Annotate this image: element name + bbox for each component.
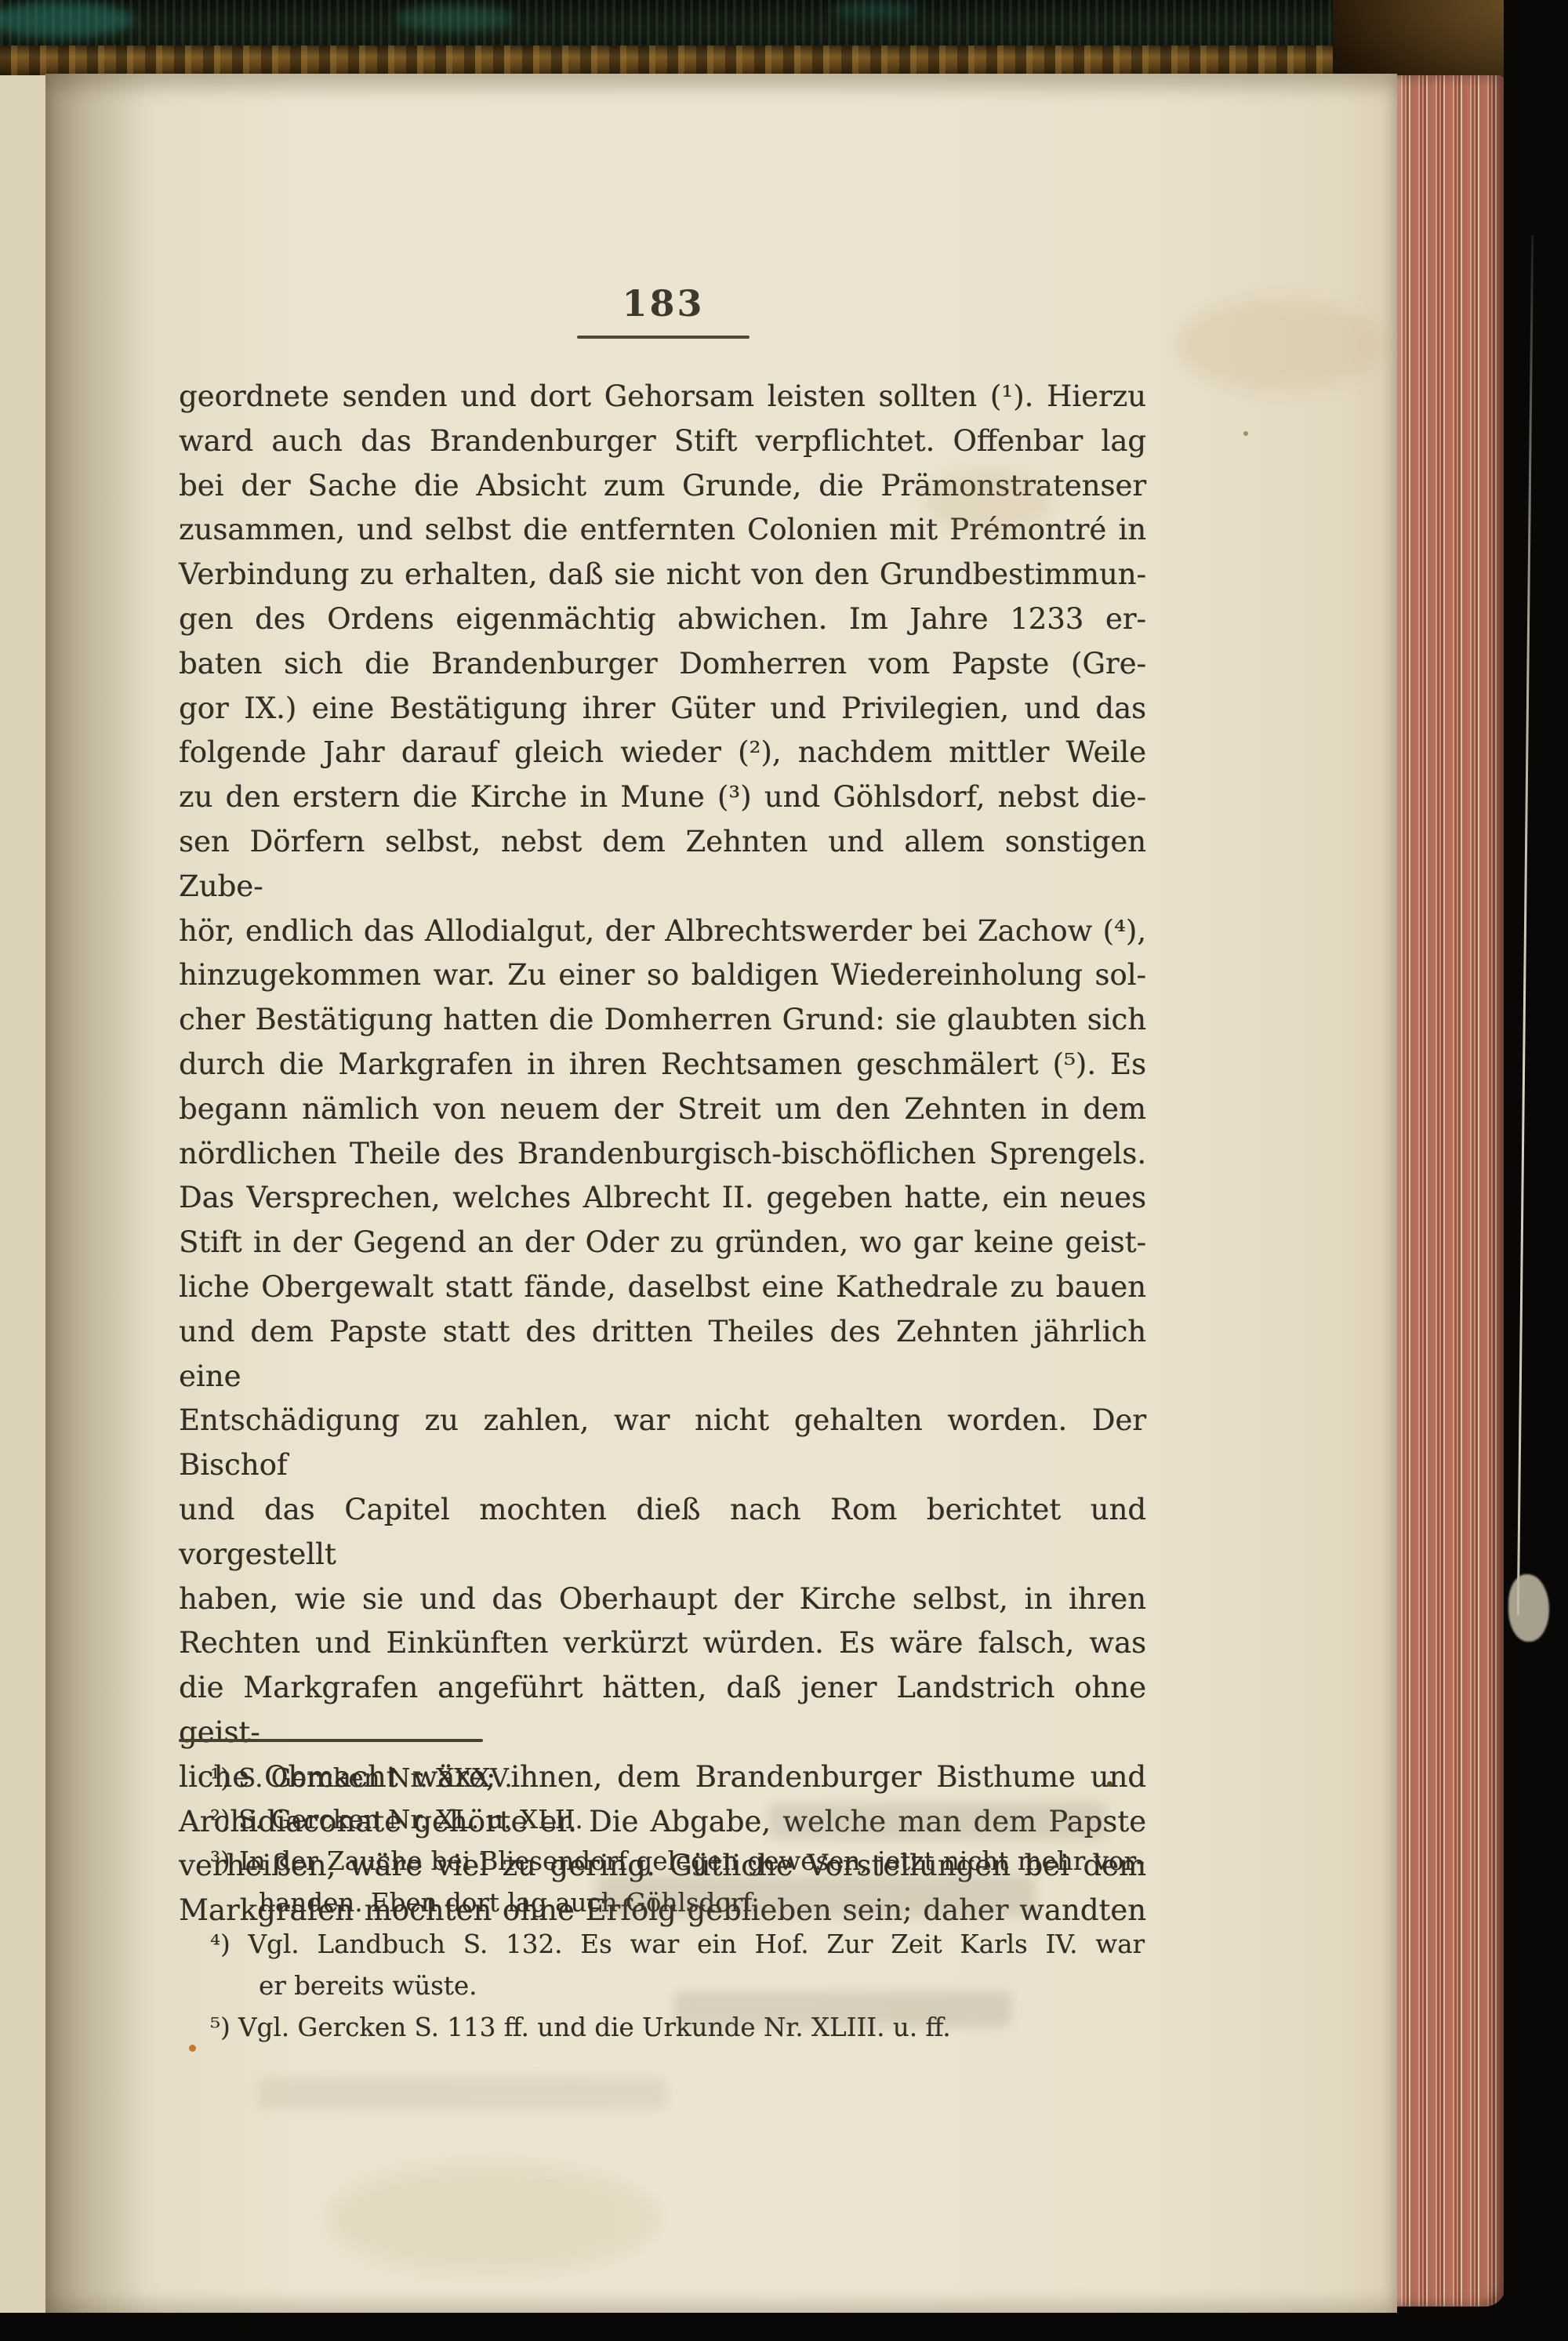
ink-speck	[1243, 431, 1248, 436]
text-line: begann nämlich von neuem der Streit um d…	[179, 1087, 1146, 1132]
paper-stain	[1176, 298, 1380, 392]
text-line: und das Capitel mochten dieß nach Rom be…	[179, 1488, 1146, 1577]
showthrough-ghost	[674, 1991, 1011, 2027]
teal-paint-mark	[396, 5, 514, 31]
text-line: ward auch das Brandenburger Stift verpfl…	[179, 419, 1146, 464]
footnote-separator-rule	[179, 1739, 483, 1742]
text-line: hör, endlich das Allodialgut, der Albrec…	[179, 909, 1146, 954]
text-line: Stift in der Gegend an der Oder zu gründ…	[179, 1221, 1146, 1265]
page-number: 183	[179, 282, 1148, 325]
text-line: gor IX.) eine Bestätigung ihrer Güter un…	[179, 687, 1146, 731]
text-line: geordnete senden und dort Gehorsam leist…	[179, 375, 1146, 419]
fore-edge-pages	[1397, 75, 1505, 2307]
showthrough-ghost	[259, 2078, 666, 2109]
page-number-rule	[577, 336, 750, 339]
text-line: sen Dörfern selbst, nebst dem Zehnten un…	[179, 820, 1146, 909]
text-line: Rechten und Einkünften verkürzt würden. …	[179, 1621, 1146, 1666]
text-line: liche Obergewalt statt fände, daselbst e…	[179, 1265, 1146, 1310]
showthrough-ghost	[768, 1803, 1105, 1839]
text-line: Verbindung zu erhalten, daß sie nicht vo…	[179, 553, 1146, 597]
text-line: cher Bestätigung hatten die Domherren Gr…	[179, 998, 1146, 1043]
text-line: zu den erstern die Kirche in Mune (³) un…	[179, 775, 1146, 820]
ink-speck	[189, 2045, 196, 2052]
footnote-line: ⁴) Vgl. Landbuch S. 132. Es war ein Hof.…	[210, 1924, 1145, 1965]
thread-frayed-end	[1508, 1574, 1549, 1642]
ink-speck	[1107, 1781, 1112, 1787]
text-line: durch die Markgrafen in ihren Rechtsamen…	[179, 1043, 1146, 1087]
paper-stain	[329, 2164, 659, 2274]
text-line: gen des Ordens eigenmächtig abwichen. Im…	[179, 597, 1146, 642]
footnote-line: ¹) S. Gercken Nr. XXXV.	[210, 1758, 1145, 1799]
teal-paint-mark	[0, 2, 135, 38]
teal-paint-mark	[831, 0, 917, 20]
text-line: folgende Jahr darauf gleich wieder (²), …	[179, 731, 1146, 775]
paper-stain	[925, 470, 1051, 533]
left-page-sliver	[0, 75, 47, 2313]
text-line: Entschädigung zu zahlen, war nicht gehal…	[179, 1399, 1146, 1488]
leather-spine-strip	[0, 45, 1399, 77]
showthrough-ghost	[596, 1875, 1035, 1916]
text-line: haben, wie sie und das Oberhaupt der Kir…	[179, 1577, 1146, 1622]
book-photo: 183 geordnete senden und dort Gehorsam l…	[0, 0, 1568, 2341]
text-line: baten sich die Brandenburger Domherren v…	[179, 642, 1146, 687]
right-background	[1504, 0, 1568, 2341]
main-text-block: geordnete senden und dort Gehorsam leist…	[179, 375, 1146, 1933]
text-line: nördlichen Theile des Brandenburgisch-bi…	[179, 1132, 1146, 1177]
text-line: Das Versprechen, welches Albrecht II. ge…	[179, 1176, 1146, 1221]
text-line: und dem Papste statt des dritten Theiles…	[179, 1310, 1146, 1399]
text-line: hinzugekommen war. Zu einer so baldigen …	[179, 953, 1146, 998]
gutter-shadow	[45, 74, 147, 2313]
loose-thread	[1517, 235, 1534, 1615]
